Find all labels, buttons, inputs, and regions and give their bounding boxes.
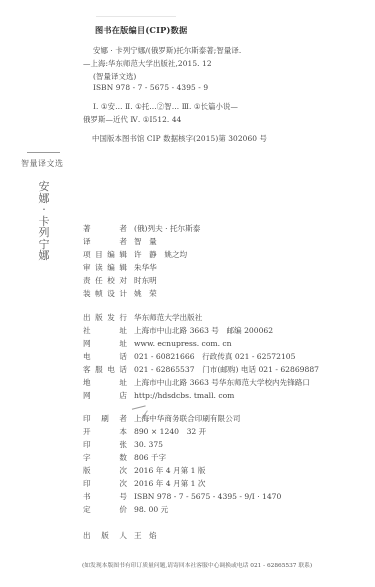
credit-label: 项目编辑 [83,249,127,260]
printing-row: 印 张30. 375 [83,439,163,450]
cip-line: 安娜 · 卡列宁娜/(俄罗斯)托尔斯泰著;智量译. [93,45,241,56]
credit-row-review-editor: 审读编辑朱华华 [83,262,157,273]
publisher-label: 电 话 [83,351,127,362]
printing-value: 30. 375 [134,439,163,450]
credit-label: 责任校对 [83,275,127,286]
series-rule [27,152,60,153]
title-char: · [38,204,50,216]
cip-line: (智量译文选) [93,71,136,82]
publisher-label: 网 店 [83,390,127,401]
publisher-row: 客服电话021 - 62865537 门市(邮购) 电话 021 - 62869… [83,364,319,375]
printing-row: 开 本890 × 1240 32 开 [83,426,206,437]
printing-value: 806 千字 [134,452,166,463]
printing-value: 2016 年 4 月第 1 次 [134,478,205,489]
publisher-row: 社 址上海市中山北路 3663 号 邮编 200062 [83,325,273,336]
credit-value: 朱华华 [134,262,157,273]
credit-row-project-editor: 项目编辑许 静 姚之均 [83,249,187,260]
price-value: 98. 00 元 [134,504,168,515]
printing-value: 2016 年 4 月第 1 版 [134,465,205,476]
cip-number: 中国版本图书馆 CIP 数据核字(2015)第 302060 号 [92,133,267,144]
printing-row: 印 刷 者上海中华商务联合印刷有限公司 [83,413,240,424]
publisher-label: 客服电话 [83,364,127,375]
publisher-value: 华东师范大学出版社 [134,312,202,323]
credit-value: 姚 荣 [134,288,157,299]
printing-value: 890 × 1240 32 开 [134,426,206,437]
title-char: 列 [38,227,50,239]
publisher-row: 网 店http://hdsdcbs. tmall. com [83,390,234,401]
credit-value: 时东明 [134,275,157,286]
publisher-label: 网 址 [83,338,127,349]
credit-label: 装帧设计 [83,288,127,299]
publisher-value: 上海市中山北路 3663 号 邮编 200062 [134,325,273,336]
publisher-person-row: 出 版 人王 焰 [83,530,157,541]
publisher-value: 021 - 62865537 门市(邮购) 电话 021 - 62869887 [134,364,319,375]
printing-label: 印 次 [83,478,127,489]
printing-label: 版 次 [83,465,127,476]
printing-row: 印 次2016 年 4 月第 1 次 [83,478,205,489]
cip-line: ISBN 978 - 7 - 5675 - 4395 - 9 [93,83,208,92]
publisher-label: 出版发行 [83,312,127,323]
publisher-website: www. ecnupress. com. cn [134,338,232,349]
credit-label: 著 者 [83,223,127,234]
cip-title: 图书在版编目(CIP)数据 [95,25,187,36]
printing-row: 定 价98. 00 元 [83,504,168,515]
isbn-value: ISBN 978 - 7 - 5675 - 4395 - 9/I · 1470 [134,491,281,502]
vertical-book-title: 安 娜 · 卡 列 宁 娜 [38,181,50,262]
printing-row: 版 次2016 年 4 月第 1 版 [83,465,205,476]
publisher-label: 地 址 [83,377,127,388]
title-char: 安 [38,181,50,193]
credit-label: 译 者 [83,236,127,247]
series-name: 智量译文选 [21,158,64,169]
credit-label: 审读编辑 [83,262,127,273]
publisher-value: 021 - 60821666 行政传真 021 - 62572105 [134,351,295,362]
publisher-label: 社 址 [83,325,127,336]
cip-line: —上海:华东师范大学出版社,2015. 12 [83,58,212,69]
printing-label: 书 号 [83,491,127,502]
cip-line: Ⅰ. ①安… Ⅱ. ①托…②智… Ⅲ. ①长篇小说— [93,101,238,112]
publisher-row: 地 址上海市中山北路 3663 号华东师范大学校内先锋路口 [83,377,310,388]
printing-row: 书 号ISBN 978 - 7 - 5675 - 4395 - 9/I · 14… [83,491,281,502]
credit-row-designer: 装帧设计姚 荣 [83,288,157,299]
publisher-person-value: 王 焰 [134,530,157,541]
printing-value: 上海中华商务联合印刷有限公司 [134,413,240,424]
publisher-value: 上海市中山北路 3663 号华东师范大学校内先锋路口 [134,377,310,388]
quality-notice: (如发现本版图书有印订质量问题,请寄回本社客服中心调换或电话 021 - 628… [82,560,312,569]
printing-row: 字 数806 千字 [83,452,166,463]
title-char: 娜 [38,250,50,262]
publisher-online-store: http://hdsdcbs. tmall. com [134,390,234,401]
publisher-person-label: 出 版 人 [83,530,127,541]
printing-label: 字 数 [83,452,127,463]
printing-label: 开 本 [83,426,127,437]
publisher-row: 出版发行华东师范大学出版社 [83,312,202,323]
top-rule [96,16,176,17]
publisher-row: 电 话021 - 60821666 行政传真 021 - 62572105 [83,351,295,362]
credit-row-author: 著 者(俄)列夫 · 托尔斯泰 [83,223,200,234]
credit-row-translator: 译 者智 量 [83,236,157,247]
cip-line: 俄罗斯—近代 Ⅳ. ①I512. 44 [83,114,181,125]
credit-value: 许 静 姚之均 [134,249,187,260]
printing-label: 印 刷 者 [83,413,127,424]
publisher-row: 网 址www. ecnupress. com. cn [83,338,232,349]
credit-value: 智 量 [134,236,157,247]
printing-label: 印 张 [83,439,127,450]
credit-row-proofreader: 责任校对时东明 [83,275,157,286]
pen-mark [132,405,146,411]
credit-value: (俄)列夫 · 托尔斯泰 [134,223,200,234]
printing-label: 定 价 [83,504,127,515]
